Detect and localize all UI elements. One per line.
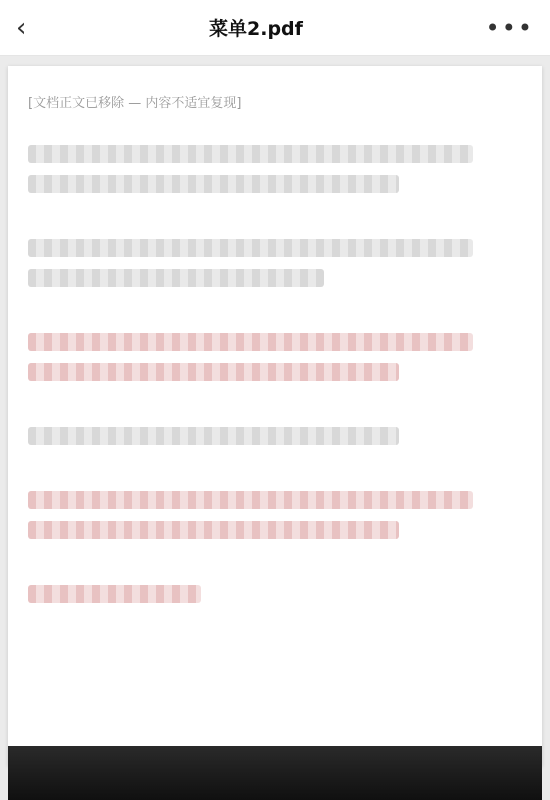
redacted-text-line [28,585,201,603]
redaction-notice: [文档正文已移除 — 内容不适宜复现] [28,92,522,111]
redacted-text-line [28,145,473,163]
document-title: 菜单2.pdf [209,14,303,41]
pdf-viewer-header: ‹ 菜单2.pdf ••• [0,0,550,56]
redacted-text-line [28,491,473,509]
more-menu-icon[interactable]: ••• [486,16,534,40]
redacted-text-line [28,269,324,287]
redacted-paragraph [28,585,522,603]
redacted-paragraph [28,427,522,445]
pdf-page: [文档正文已移除 — 内容不适宜复现] [8,66,542,766]
back-icon[interactable]: ‹ [16,15,26,41]
page-bottom-shadow [8,746,542,800]
redacted-text-line [28,239,473,257]
redacted-text-line [28,521,399,539]
redacted-text-line [28,175,399,193]
redacted-text-line [28,427,399,445]
redacted-text-line [28,333,473,351]
redacted-paragraph [28,333,522,381]
redacted-paragraph [28,491,522,539]
redacted-paragraph [28,145,522,193]
redacted-text-line [28,363,399,381]
redacted-paragraph [28,239,522,287]
